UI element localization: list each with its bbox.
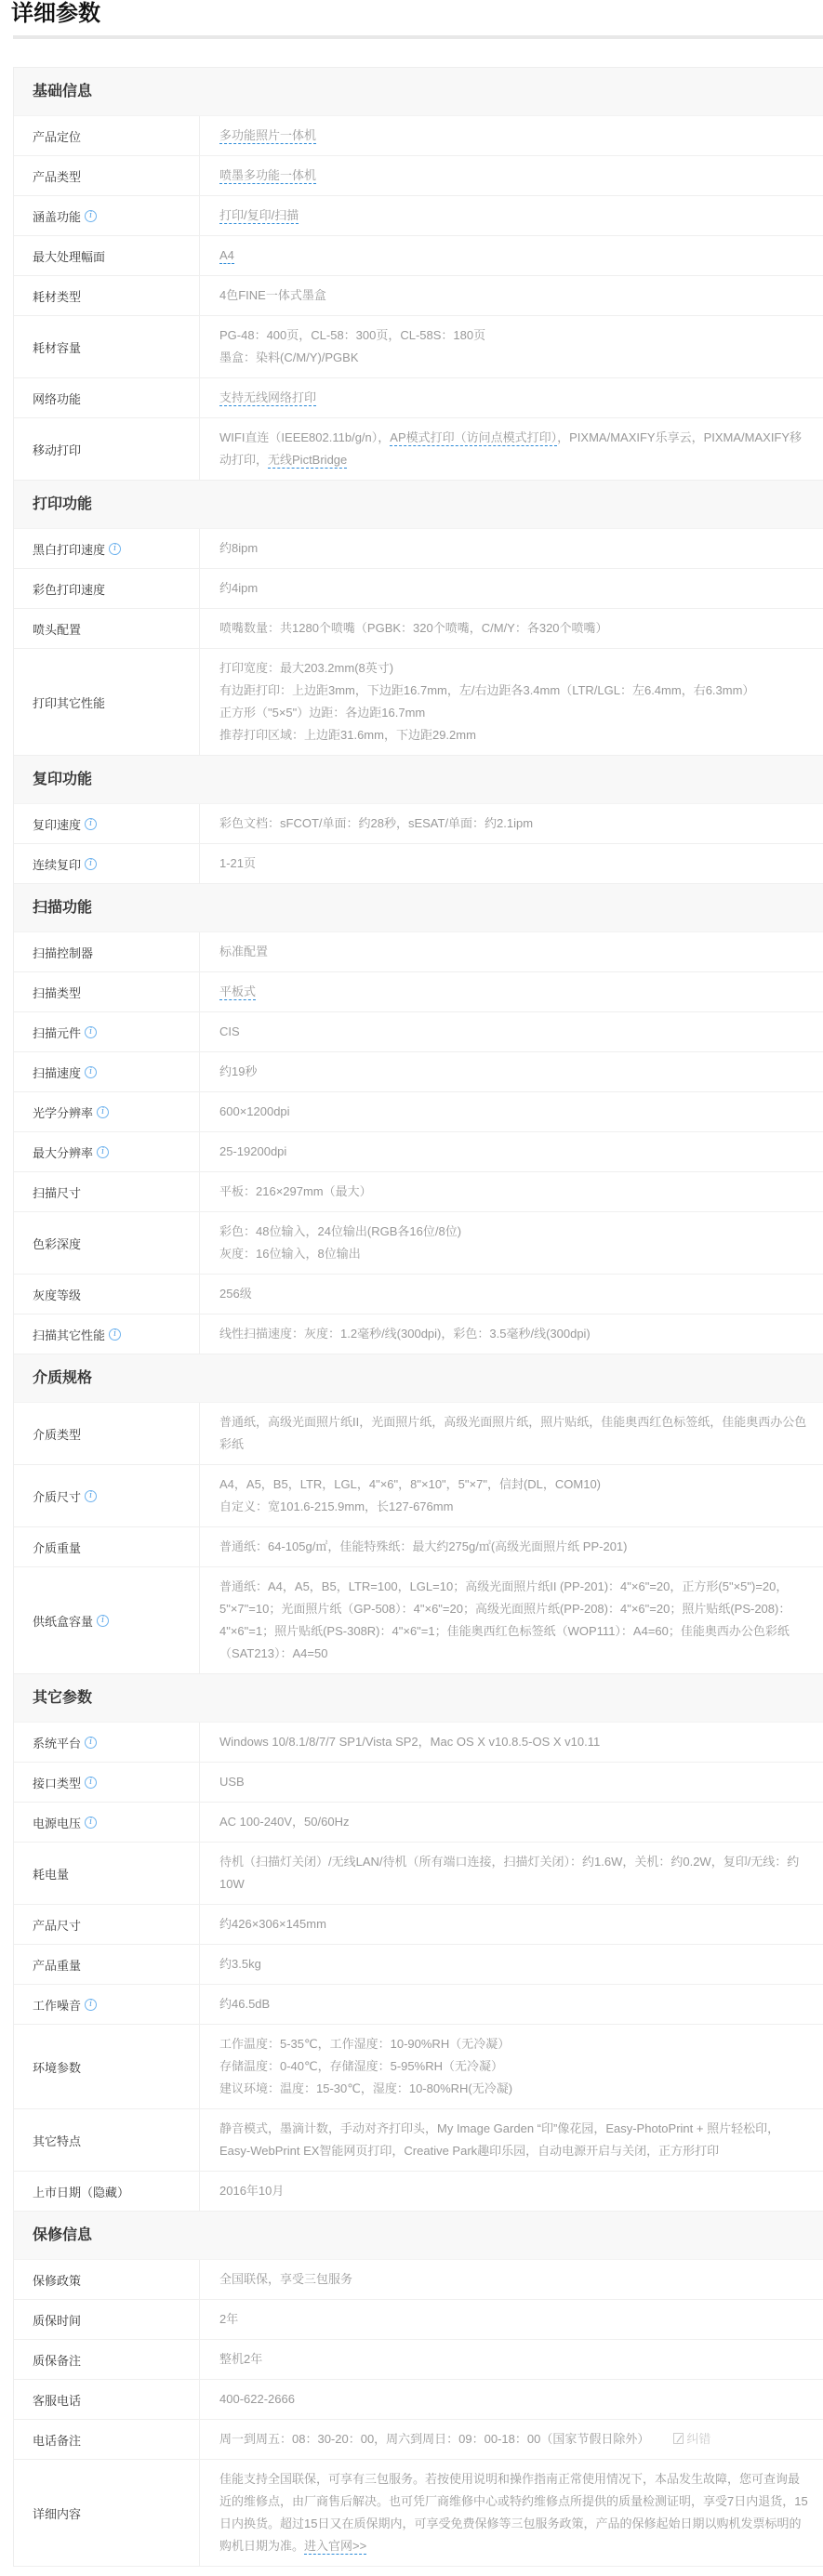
spec-label: 上市日期（隐藏） [33, 2183, 129, 2200]
spec-label-cell: 供纸盒容量i [14, 1567, 200, 1673]
spec-row: 扫描速度i约19秒 [14, 1052, 823, 1092]
spec-value-line: 整机2年 [219, 2348, 808, 2371]
spec-row: 扫描元件iCIS [14, 1012, 823, 1052]
spec-label: 彩色打印速度 [33, 580, 105, 598]
info-icon[interactable]: i [109, 543, 121, 555]
spec-value-cell: 256级 [200, 1275, 823, 1314]
spec-label-cell: 扫描其它性能i [14, 1314, 200, 1354]
spec-row: 质保时间2年 [14, 2300, 823, 2340]
spec-value-line: 标准配置 [219, 941, 808, 963]
spec-table: 基础信息产品定位多功能照片一体机产品类型喷墨多功能一体机涵盖功能i打印/复印/扫… [13, 67, 823, 2567]
spec-label: 保修政策 [33, 2271, 81, 2289]
spec-value-text: 25-19200dpi [219, 1144, 286, 1158]
spec-value-link[interactable]: 喷墨多功能一体机 [219, 168, 316, 184]
spec-row: 保修政策全国联保，享受三包服务 [14, 2260, 823, 2300]
spec-value-cell: 约4ipm [200, 569, 823, 608]
spec-value-cell: 普通纸：64-105g/㎡，佳能特殊纸：最大约275g/㎡(高级光面照片纸 PP… [200, 1527, 823, 1566]
info-icon[interactable]: i [85, 1816, 97, 1829]
spec-row: 详细内容佳能支持全国联保，可享有三包服务。若按使用说明和操作指南正常使用情况下，… [14, 2460, 823, 2567]
spec-row: 环境参数工作温度：5-35℃，工作湿度：10-90%RH（无冷凝）存储温度：0-… [14, 2025, 823, 2109]
spec-row: 电话备注周一到周五：08：30-20：00，周六到周日：09：00-18：00（… [14, 2420, 823, 2460]
spec-label: 复印速度 [33, 815, 81, 833]
spec-value-line: 推荐打印区域：上边距31.6mm，下边距29.2mm [219, 724, 808, 746]
spec-value-line: 周一到周五：08：30-20：00，周六到周日：09：00-18：00（国家节假… [219, 2428, 808, 2451]
info-icon[interactable]: i [85, 858, 97, 870]
spec-label-cell: 耗电量 [14, 1843, 200, 1904]
spec-value-cell: 400-622-2666 [200, 2380, 823, 2419]
spec-value-text: 256级 [219, 1287, 252, 1301]
spec-row: 最大分辨率i25-19200dpi [14, 1132, 823, 1172]
spec-value-text: 喷嘴数量：共1280个喷嘴（PGBK：320个喷嘴，C/M/Y：各320个喷嘴） [219, 621, 608, 635]
spec-label: 产品定位 [33, 127, 81, 145]
spec-label-cell: 耗材类型 [14, 276, 200, 315]
spec-label: 耗材容量 [33, 338, 81, 356]
spec-label-cell: 其它特点 [14, 2109, 200, 2171]
spec-label-cell: 耗材容量 [14, 316, 200, 377]
spec-value-text: 普通纸：A4，A5，B5，LTR=100，LGL=10；高级光面照片纸II (P… [219, 1579, 790, 1660]
spec-value-link[interactable]: 平板式 [219, 984, 256, 1000]
spec-label-cell: 最大分辨率i [14, 1132, 200, 1171]
spec-value-line: 喷嘴数量：共1280个喷嘴（PGBK：320个喷嘴，C/M/Y：各320个喷嘴） [219, 617, 808, 640]
spec-label: 产品尺寸 [33, 1916, 81, 1934]
spec-value-cell: 喷嘴数量：共1280个喷嘴（PGBK：320个喷嘴，C/M/Y：各320个喷嘴） [200, 609, 823, 648]
spec-value-cell: 2016年10月 [200, 2172, 823, 2211]
spec-value-cell: 约3.5kg [200, 1945, 823, 1984]
spec-label: 电源电压 [33, 1814, 81, 1831]
spec-value-text: 灰度：16位输入，8位输出 [219, 1247, 361, 1261]
spec-row: 质保备注整机2年 [14, 2340, 823, 2380]
spec-value-line: 存储温度：0-40℃，存储湿度：5-95%RH（无冷凝） [219, 2055, 808, 2078]
spec-value-line: 灰度：16位输入，8位输出 [219, 1243, 808, 1265]
spec-value-cell: 约8ipm [200, 529, 823, 568]
spec-value-text: 静音模式，墨滴计数，手动对齐打印头，My Image Garden “印”像花园… [219, 2121, 779, 2158]
spec-label: 其它特点 [33, 2132, 81, 2149]
spec-value-line: 平板式 [219, 981, 808, 1003]
spec-value-cell: 周一到周五：08：30-20：00，周六到周日：09：00-18：00（国家节假… [200, 2420, 823, 2459]
spec-label-cell: 保修政策 [14, 2260, 200, 2299]
spec-value-text: AC 100-240V，50/60Hz [219, 1815, 349, 1829]
spec-value-text: WIFI直连（IEEE802.11b/g/n）， [219, 430, 390, 444]
spec-label-cell: 质保备注 [14, 2340, 200, 2379]
spec-value-cell: CIS [200, 1012, 823, 1051]
spec-value-text: 平板：216×297mm（最大） [219, 1184, 372, 1198]
spec-label: 耗电量 [33, 1865, 69, 1882]
spec-row: 喷头配置喷嘴数量：共1280个喷嘴（PGBK：320个喷嘴，C/M/Y：各320… [14, 609, 823, 649]
spec-row: 扫描尺寸平板：216×297mm（最大） [14, 1172, 823, 1212]
spec-label: 产品重量 [33, 1956, 81, 1974]
edit-icon [673, 2433, 684, 2444]
info-icon[interactable]: i [85, 210, 97, 222]
spec-value-line: 建议环境：温度：15-30℃，湿度：10-80%RH(无冷凝) [219, 2078, 808, 2100]
spec-label-cell: 扫描类型 [14, 972, 200, 1011]
section-header: 其它参数 [14, 1674, 823, 1723]
info-icon[interactable]: i [85, 1777, 97, 1789]
spec-value-text: 彩色文档：sFCOT/单面：约28秒，sESAT/单面：约2.1ipm [219, 816, 533, 830]
spec-value-cell: 工作温度：5-35℃，工作湿度：10-90%RH（无冷凝）存储温度：0-40℃，… [200, 2025, 823, 2108]
spec-label: 网络功能 [33, 390, 81, 407]
spec-label-cell: 环境参数 [14, 2025, 200, 2108]
spec-value-text: 1-21页 [219, 856, 256, 870]
spec-value-line: PG-48：400页，CL-58：300页，CL-58S：180页 [219, 324, 808, 347]
section-header: 介质规格 [14, 1354, 823, 1403]
spec-label-cell: 质保时间 [14, 2300, 200, 2339]
spec-value-line: 彩色文档：sFCOT/单面：约28秒，sESAT/单面：约2.1ipm [219, 812, 808, 835]
section-header: 保修信息 [14, 2212, 823, 2260]
spec-value-line: 墨盒：染料(C/M/Y)/PGBK [219, 347, 808, 369]
spec-value-line: 打印宽度：最大203.2mm(8英寸) [219, 657, 808, 680]
spec-value-line: 普通纸，高级光面照片纸II，光面照片纸，高级光面照片纸，照片贴纸，佳能奥西红色标… [219, 1411, 808, 1456]
spec-value-text: 约8ipm [219, 541, 258, 555]
spec-row: 扫描控制器标准配置 [14, 932, 823, 972]
spec-label-cell: 工作噪音i [14, 1985, 200, 2024]
spec-value-cell: A4 [200, 236, 823, 275]
spec-label-cell: 光学分辨率i [14, 1092, 200, 1131]
spec-label: 灰度等级 [33, 1286, 81, 1303]
spec-label-cell: 介质重量 [14, 1527, 200, 1566]
spec-label-cell: 介质尺寸i [14, 1465, 200, 1526]
info-icon[interactable]: i [85, 1737, 97, 1749]
spec-value-line: 待机（扫描灯关闭）/无线LAN/待机（所有端口连接，扫描灯关闭）：约1.6W，关… [219, 1851, 808, 1896]
spec-value-line: Windows 10/8.1/8/7/7 SP1/Vista SP2，Mac O… [219, 1731, 808, 1753]
spec-label: 光学分辨率 [33, 1103, 93, 1121]
spec-label-cell: 产品定位 [14, 116, 200, 155]
spec-label: 介质重量 [33, 1539, 81, 1556]
spec-value-text: 普通纸，高级光面照片纸II，光面照片纸，高级光面照片纸，照片贴纸，佳能奥西红色标… [219, 1415, 806, 1451]
spec-value-text: 标准配置 [219, 945, 268, 958]
spec-row: 供纸盒容量i普通纸：A4，A5，B5，LTR=100，LGL=10；高级光面照片… [14, 1567, 823, 1674]
spec-row: 黑白打印速度i约8ipm [14, 529, 823, 569]
spec-label: 最大处理幅面 [33, 247, 105, 265]
spec-value-line: 600×1200dpi [219, 1101, 808, 1123]
section-header: 打印功能 [14, 481, 823, 529]
spec-row: 最大处理幅面A4 [14, 236, 823, 276]
title-divider [13, 35, 823, 39]
spec-row: 移动打印WIFI直连（IEEE802.11b/g/n），AP模式打印（访问点模式… [14, 418, 823, 481]
spec-label-cell: 连续复印i [14, 844, 200, 883]
info-icon[interactable]: i [109, 1328, 121, 1341]
spec-value-line: AC 100-240V，50/60Hz [219, 1811, 808, 1833]
spec-row: 介质尺寸iA4，A5，B5，LTR，LGL，4"×6"，8"×10"，5"×7"… [14, 1465, 823, 1527]
spec-label: 涵盖功能 [33, 207, 81, 225]
spec-row: 连续复印i1-21页 [14, 844, 823, 884]
info-icon[interactable]: i [85, 1490, 97, 1502]
spec-label-cell: 扫描速度i [14, 1052, 200, 1091]
spec-value-cell: 待机（扫描灯关闭）/无线LAN/待机（所有端口连接，扫描灯关闭）：约1.6W，关… [200, 1843, 823, 1904]
page-title: 详细参数 [0, 0, 823, 35]
spec-value-line: 普通纸：A4，A5，B5，LTR=100，LGL=10；高级光面照片纸II (P… [219, 1576, 808, 1665]
spec-value-text: Windows 10/8.1/8/7/7 SP1/Vista SP2，Mac O… [219, 1735, 600, 1749]
spec-row: 介质重量普通纸：64-105g/㎡，佳能特殊纸：最大约275g/㎡(高级光面照片… [14, 1527, 823, 1567]
spec-value-text: 打印宽度：最大203.2mm(8英寸) [219, 661, 393, 675]
spec-row: 电源电压iAC 100-240V，50/60Hz [14, 1803, 823, 1843]
spec-value-line: 4色FINE一体式墨盒 [219, 284, 808, 307]
spec-label: 质保备注 [33, 2351, 81, 2369]
spec-row: 扫描类型平板式 [14, 972, 823, 1012]
spec-value-line: 2016年10月 [219, 2180, 808, 2202]
spec-value-line: 静音模式，墨滴计数，手动对齐打印头，My Image Garden “印”像花园… [219, 2118, 808, 2162]
spec-value-cell: 彩色：48位输入，24位输出(RGB各16位/8位)灰度：16位输入，8位输出 [200, 1212, 823, 1274]
spec-value-line: 256级 [219, 1283, 808, 1305]
spec-value-line: 全国联保，享受三包服务 [219, 2268, 808, 2291]
spec-row: 产品重量约3.5kg [14, 1945, 823, 1985]
spec-row: 接口类型iUSB [14, 1763, 823, 1803]
spec-row: 耗材类型4色FINE一体式墨盒 [14, 276, 823, 316]
spec-label-cell: 系统平台i [14, 1723, 200, 1762]
spec-label-cell: 产品尺寸 [14, 1905, 200, 1944]
spec-value-cell: 600×1200dpi [200, 1092, 823, 1131]
spec-value-link[interactable]: 无线PictBridge [268, 453, 347, 469]
spec-row: 涵盖功能i打印/复印/扫描 [14, 196, 823, 236]
spec-label: 详细内容 [33, 2504, 81, 2522]
spec-label: 连续复印 [33, 855, 81, 873]
spec-value-cell: 打印宽度：最大203.2mm(8英寸)有边距打印：上边距3mm，下边距16.7m… [200, 649, 823, 755]
spec-label-cell: 最大处理幅面 [14, 236, 200, 275]
spec-value-text: A4，A5，B5，LTR，LGL，4"×6"，8"×10"，5"×7"，信封(D… [219, 1477, 601, 1491]
spec-value-text: 墨盒：染料(C/M/Y)/PGBK [219, 350, 359, 364]
spec-label-cell: 复印速度i [14, 804, 200, 843]
spec-value-line: 有边距打印：上边距3mm，下边距16.7mm，左/右边距各3.4mm（LTR/L… [219, 680, 808, 702]
spec-value-cell: 约426×306×145mm [200, 1905, 823, 1944]
spec-value-cell: 平板式 [200, 972, 823, 1011]
spec-value-text: 正方形（"5×5"）边距：各边距16.7mm [219, 706, 425, 720]
spec-value-text: 4色FINE一体式墨盒 [219, 288, 326, 302]
spec-label: 扫描其它性能 [33, 1326, 105, 1343]
spec-label-cell: 客服电话 [14, 2380, 200, 2419]
spec-label-cell: 产品重量 [14, 1945, 200, 1984]
spec-value-cell: 普通纸，高级光面照片纸II，光面照片纸，高级光面照片纸，照片贴纸，佳能奥西红色标… [200, 1403, 823, 1464]
spec-value-text: 约4ipm [219, 581, 258, 595]
spec-row: 彩色打印速度约4ipm [14, 569, 823, 609]
spec-value-line: 多功能照片一体机 [219, 125, 808, 147]
spec-value-cell: 约46.5dB [200, 1985, 823, 2024]
spec-label: 产品类型 [33, 167, 81, 185]
spec-value-line: 约8ipm [219, 537, 808, 560]
section-header: 扫描功能 [14, 884, 823, 932]
info-icon[interactable]: i [97, 1146, 109, 1158]
spec-value-cell: 平板：216×297mm（最大） [200, 1172, 823, 1211]
info-icon[interactable]: i [85, 1999, 97, 2011]
spec-value-line: A4，A5，B5，LTR，LGL，4"×6"，8"×10"，5"×7"，信封(D… [219, 1473, 808, 1496]
spec-label: 喷头配置 [33, 620, 81, 638]
info-icon[interactable]: i [85, 1026, 97, 1038]
correct-error-label: 纠错 [686, 2432, 710, 2446]
spec-value-line: 平板：216×297mm（最大） [219, 1181, 808, 1203]
spec-label-cell: 详细内容 [14, 2460, 200, 2566]
spec-value-cell: A4，A5，B5，LTR，LGL，4"×6"，8"×10"，5"×7"，信封(D… [200, 1465, 823, 1526]
spec-label: 质保时间 [33, 2311, 81, 2329]
spec-value-text: USB [219, 1775, 245, 1789]
spec-value-line: 约19秒 [219, 1061, 808, 1083]
spec-value-line: 打印/复印/扫描 [219, 205, 808, 227]
info-icon[interactable]: i [85, 818, 97, 830]
spec-label: 最大分辨率 [33, 1143, 93, 1161]
spec-value-line: A4 [219, 244, 808, 267]
spec-row: 网络功能支持无线网络打印 [14, 378, 823, 418]
spec-label: 供纸盒容量 [33, 1612, 93, 1630]
spec-value-cell: 静音模式，墨滴计数，手动对齐打印头，My Image Garden “印”像花园… [200, 2109, 823, 2171]
spec-value-text: 约3.5kg [219, 1957, 261, 1971]
spec-label-cell: 上市日期（隐藏） [14, 2172, 200, 2211]
spec-value-cell: 线性扫描速度：灰度：1.2毫秒/线(300dpi)，彩色：3.5毫秒/线(300… [200, 1314, 823, 1354]
spec-row: 系统平台iWindows 10/8.1/8/7/7 SP1/Vista SP2，… [14, 1723, 823, 1763]
spec-value-text: 2年 [219, 2312, 238, 2326]
info-icon[interactable]: i [85, 1066, 97, 1078]
spec-label-cell: 喷头配置 [14, 609, 200, 648]
spec-label-cell: 彩色打印速度 [14, 569, 200, 608]
spec-label-cell: 扫描尺寸 [14, 1172, 200, 1211]
spec-value-link[interactable]: 进入官网>> [304, 2539, 366, 2555]
spec-label-cell: 电话备注 [14, 2420, 200, 2459]
spec-value-text: 普通纸：64-105g/㎡，佳能特殊纸：最大约275g/㎡(高级光面照片纸 PP… [219, 1539, 627, 1553]
spec-value-line: 400-622-2666 [219, 2388, 808, 2411]
spec-value-link[interactable]: 多功能照片一体机 [219, 128, 316, 144]
spec-value-cell: 多功能照片一体机 [200, 116, 823, 155]
spec-value-link[interactable]: AP模式打印（访问点模式打印） [390, 430, 557, 446]
spec-row: 工作噪音i约46.5dB [14, 1985, 823, 2025]
spec-row: 其它特点静音模式，墨滴计数，手动对齐打印头，My Image Garden “印… [14, 2109, 823, 2172]
spec-value-cell: 喷墨多功能一体机 [200, 156, 823, 195]
spec-value-cell: 普通纸：A4，A5，B5，LTR=100，LGL=10；高级光面照片纸II (P… [200, 1567, 823, 1673]
spec-row: 灰度等级256级 [14, 1275, 823, 1314]
correct-error-button[interactable]: 纠错 [673, 2432, 710, 2446]
spec-value-cell: 1-21页 [200, 844, 823, 883]
spec-row: 产品尺寸约426×306×145mm [14, 1905, 823, 1945]
spec-label-cell: 色彩深度 [14, 1212, 200, 1274]
spec-label: 工作噪音 [33, 1996, 81, 2014]
spec-label: 介质类型 [33, 1425, 81, 1443]
spec-value-text: 彩色：48位输入，24位输出(RGB各16位/8位) [219, 1224, 461, 1238]
spec-value-line: 彩色：48位输入，24位输出(RGB各16位/8位) [219, 1221, 808, 1243]
section-header: 复印功能 [14, 756, 823, 804]
spec-row: 产品定位多功能照片一体机 [14, 116, 823, 156]
spec-value-text: 线性扫描速度：灰度：1.2毫秒/线(300dpi)，彩色：3.5毫秒/线(300… [219, 1327, 591, 1341]
spec-value-text: 工作温度：5-35℃，工作湿度：10-90%RH（无冷凝） [219, 2037, 510, 2051]
spec-value-line: 2年 [219, 2308, 808, 2331]
spec-value-cell: 约19秒 [200, 1052, 823, 1091]
info-icon[interactable]: i [97, 1106, 109, 1118]
spec-value-line: 线性扫描速度：灰度：1.2毫秒/线(300dpi)，彩色：3.5毫秒/线(300… [219, 1323, 808, 1345]
spec-value-line: 约46.5dB [219, 1993, 808, 2015]
spec-value-line: 普通纸：64-105g/㎡，佳能特殊纸：最大约275g/㎡(高级光面照片纸 PP… [219, 1536, 808, 1558]
spec-label: 接口类型 [33, 1774, 81, 1791]
spec-label: 扫描类型 [33, 984, 81, 1001]
spec-value-cell: USB [200, 1763, 823, 1802]
spec-value-line: 1-21页 [219, 852, 808, 875]
spec-value-text: 推荐打印区域：上边距31.6mm，下边距29.2mm [219, 728, 476, 742]
spec-value-cell: AC 100-240V，50/60Hz [200, 1803, 823, 1842]
spec-label-cell: 扫描元件i [14, 1012, 200, 1051]
spec-value-text: 待机（扫描灯关闭）/无线LAN/待机（所有端口连接，扫描灯关闭）：约1.6W，关… [219, 1855, 799, 1891]
spec-label-cell: 产品类型 [14, 156, 200, 195]
info-icon[interactable]: i [97, 1615, 109, 1627]
section-header: 基础信息 [14, 68, 823, 116]
spec-value-line: 自定义：宽101.6-215.9mm，长127-676mm [219, 1496, 808, 1518]
spec-row: 色彩深度彩色：48位输入，24位输出(RGB各16位/8位)灰度：16位输入，8… [14, 1212, 823, 1275]
spec-label: 电话备注 [33, 2431, 81, 2449]
spec-value-line: WIFI直连（IEEE802.11b/g/n），AP模式打印（访问点模式打印），… [219, 427, 808, 471]
spec-value-cell: 佳能支持全国联保，可享有三包服务。若按使用说明和操作指南正常使用情况下，本品发生… [200, 2460, 823, 2566]
spec-row: 产品类型喷墨多功能一体机 [14, 156, 823, 196]
spec-value-cell: 4色FINE一体式墨盒 [200, 276, 823, 315]
spec-value-cell: 25-19200dpi [200, 1132, 823, 1171]
spec-value-cell: Windows 10/8.1/8/7/7 SP1/Vista SP2，Mac O… [200, 1723, 823, 1762]
spec-label: 扫描控制器 [33, 944, 93, 961]
spec-value-text: CIS [219, 1024, 240, 1038]
spec-label: 黑白打印速度 [33, 540, 105, 558]
spec-label: 色彩深度 [33, 1235, 81, 1252]
spec-label: 客服电话 [33, 2391, 81, 2409]
spec-value-text: 建议环境：温度：15-30℃，湿度：10-80%RH(无冷凝) [219, 2081, 512, 2095]
spec-label: 扫描尺寸 [33, 1183, 81, 1201]
spec-value-cell: PG-48：400页，CL-58：300页，CL-58S：180页墨盒：染料(C… [200, 316, 823, 377]
spec-row: 光学分辨率i600×1200dpi [14, 1092, 823, 1132]
spec-label: 移动打印 [33, 441, 81, 458]
spec-value-text: PG-48：400页，CL-58：300页，CL-58S：180页 [219, 328, 485, 342]
spec-value-line: 佳能支持全国联保，可享有三包服务。若按使用说明和操作指南正常使用情况下，本品发生… [219, 2468, 808, 2557]
spec-row: 介质类型普通纸，高级光面照片纸II，光面照片纸，高级光面照片纸，照片贴纸，佳能奥… [14, 1403, 823, 1465]
spec-value-text: 自定义：宽101.6-215.9mm，长127-676mm [219, 1499, 453, 1513]
spec-value-text: 约19秒 [219, 1064, 257, 1078]
spec-label: 系统平台 [33, 1734, 81, 1751]
spec-value-link[interactable]: 打印/复印/扫描 [219, 208, 299, 224]
spec-label-cell: 打印其它性能 [14, 649, 200, 755]
spec-value-cell: WIFI直连（IEEE802.11b/g/n），AP模式打印（访问点模式打印），… [200, 418, 823, 480]
spec-label-cell: 接口类型i [14, 1763, 200, 1802]
spec-value-text: 有边距打印：上边距3mm，下边距16.7mm，左/右边距各3.4mm（LTR/L… [219, 683, 754, 697]
spec-label: 扫描速度 [33, 1063, 81, 1081]
spec-row: 上市日期（隐藏）2016年10月 [14, 2172, 823, 2212]
spec-label-cell: 扫描控制器 [14, 932, 200, 971]
spec-value-cell: 支持无线网络打印 [200, 378, 823, 417]
spec-label-cell: 灰度等级 [14, 1275, 200, 1314]
spec-value-line: 正方形（"5×5"）边距：各边距16.7mm [219, 702, 808, 724]
spec-value-text: 整机2年 [219, 2352, 262, 2366]
spec-value-cell: 2年 [200, 2300, 823, 2339]
spec-row: 打印其它性能打印宽度：最大203.2mm(8英寸)有边距打印：上边距3mm，下边… [14, 649, 823, 756]
spec-row: 客服电话400-622-2666 [14, 2380, 823, 2420]
spec-value-text: 600×1200dpi [219, 1104, 290, 1118]
spec-value-cell: 整机2年 [200, 2340, 823, 2379]
spec-label-cell: 电源电压i [14, 1803, 200, 1842]
spec-value-cell: 标准配置 [200, 932, 823, 971]
spec-value-text: 周一到周五：08：30-20：00，周六到周日：09：00-18：00（国家节假… [219, 2432, 649, 2446]
spec-value-link[interactable]: 支持无线网络打印 [219, 390, 316, 406]
spec-label: 扫描元件 [33, 1024, 81, 1041]
spec-label-cell: 网络功能 [14, 378, 200, 417]
spec-label: 打印其它性能 [33, 694, 105, 711]
spec-label-cell: 移动打印 [14, 418, 200, 480]
spec-label-cell: 涵盖功能i [14, 196, 200, 235]
spec-label: 介质尺寸 [33, 1487, 81, 1505]
spec-value-text: 约426×306×145mm [219, 1917, 326, 1931]
spec-row: 耗电量待机（扫描灯关闭）/无线LAN/待机（所有端口连接，扫描灯关闭）：约1.6… [14, 1843, 823, 1905]
spec-value-line: 约3.5kg [219, 1953, 808, 1975]
spec-label: 环境参数 [33, 2058, 81, 2076]
spec-label-cell: 黑白打印速度i [14, 529, 200, 568]
spec-value-link[interactable]: A4 [219, 248, 234, 264]
spec-value-text: 存储温度：0-40℃，存储湿度：5-95%RH（无冷凝） [219, 2059, 503, 2073]
spec-value-line: CIS [219, 1021, 808, 1043]
spec-label-cell: 介质类型 [14, 1403, 200, 1464]
spec-value-line: 约426×306×145mm [219, 1913, 808, 1935]
spec-value-cell: 彩色文档：sFCOT/单面：约28秒，sESAT/单面：约2.1ipm [200, 804, 823, 843]
spec-value-cell: 全国联保，享受三包服务 [200, 2260, 823, 2299]
spec-value-line: USB [219, 1771, 808, 1793]
spec-value-line: 工作温度：5-35℃，工作湿度：10-90%RH（无冷凝） [219, 2033, 808, 2055]
spec-value-text: 全国联保，享受三包服务 [219, 2272, 352, 2286]
spec-value-line: 支持无线网络打印 [219, 387, 808, 409]
spec-value-text: 2016年10月 [219, 2184, 284, 2198]
